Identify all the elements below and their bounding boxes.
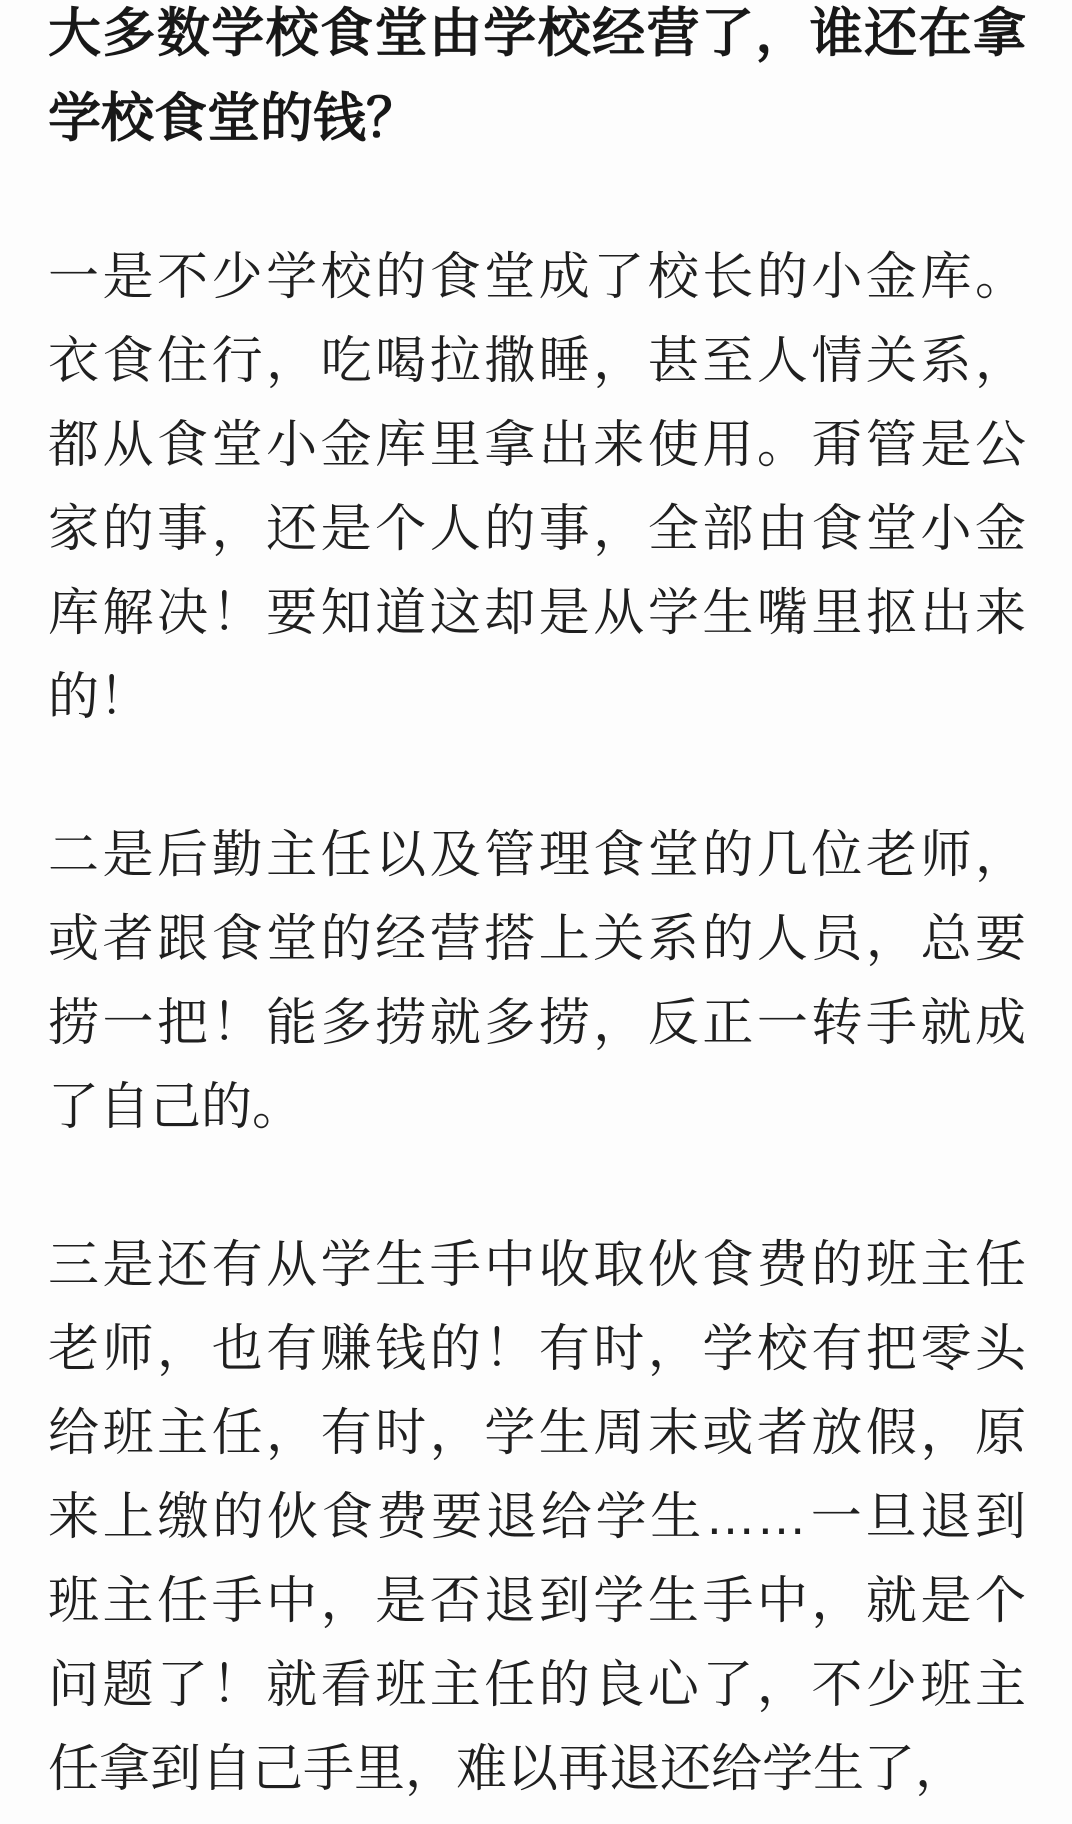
text-line: 老师，也有赚钱的！有时，学校有把零头: [48, 1307, 1026, 1391]
text-line: 问题了！就看班主任的良心了，不少班主: [48, 1643, 1026, 1727]
paragraph-1: 一是不少学校的食堂成了校长的小金库。衣食住行，吃喝拉撒睡，甚至人情关系，都从食堂…: [48, 235, 1026, 739]
text-line: 捞一把！能多捞就多捞，反正一转手就成: [48, 981, 1026, 1065]
text-line: 或者跟食堂的经营搭上关系的人员，总要: [48, 897, 1026, 981]
text-line: 来上缴的伙食费要退给学生……一旦退到: [48, 1475, 1026, 1559]
text-line: 家的事，还是个人的事，全部由食堂小金: [48, 487, 1026, 571]
text-line: 三是还有从学生手中收取伙食费的班主任: [48, 1223, 1026, 1307]
article-title: 大多数学校食堂由学校经营了，谁还在拿学校食堂的钱？: [48, 0, 1026, 161]
paragraph-3: 三是还有从学生手中收取伙食费的班主任老师，也有赚钱的！有时，学校有把零头给班主任…: [48, 1223, 1026, 1811]
article-content: 大多数学校食堂由学校经营了，谁还在拿学校食堂的钱？ 一是不少学校的食堂成了校长的…: [0, 0, 1072, 1815]
text-line: 大多数学校食堂由学校经营了，谁还在拿: [48, 0, 1026, 76]
text-line: 二是后勤主任以及管理食堂的几位老师，: [48, 813, 1026, 897]
text-line: 学校食堂的钱？: [48, 76, 1026, 161]
text-line: 的！: [48, 655, 1026, 739]
article-page: { "page": { "background_color": "#fdfdfd…: [0, 0, 1072, 1824]
text-line: 衣食住行，吃喝拉撒睡，甚至人情关系，: [48, 319, 1026, 403]
paragraph-2: 二是后勤主任以及管理食堂的几位老师，或者跟食堂的经营搭上关系的人员，总要捞一把！…: [48, 813, 1026, 1149]
text-line: 了自己的。: [48, 1065, 1026, 1149]
text-line: 都从食堂小金库里拿出来使用。甭管是公: [48, 403, 1026, 487]
text-line: 一是不少学校的食堂成了校长的小金库。: [48, 235, 1026, 319]
text-line: 班主任手中，是否退到学生手中，就是个: [48, 1559, 1026, 1643]
text-line: 任拿到自己手里，难以再退还给学生了，: [48, 1727, 1026, 1811]
text-line: 给班主任，有时，学生周末或者放假，原: [48, 1391, 1026, 1475]
text-line: 库解决！要知道这却是从学生嘴里抠出来: [48, 571, 1026, 655]
